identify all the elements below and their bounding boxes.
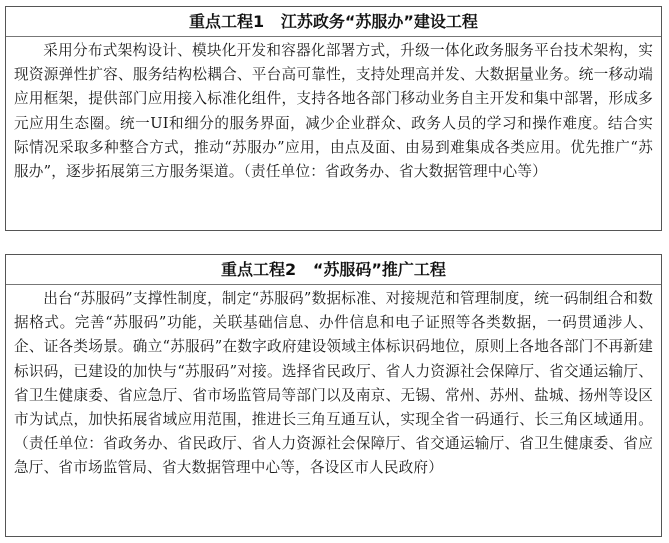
key-project-2-box: 重点工程2 “苏服码”推广工程 出台“苏服码”支撑性制度，制定“苏服码”数据标准… <box>5 254 662 537</box>
key-project-2-title: 重点工程2 “苏服码”推广工程 <box>6 255 661 285</box>
key-project-1-body: 采用分布式架构设计、模块化开发和容器化部署方式，升级一体化政务服务平台技术架构，… <box>6 37 661 184</box>
key-project-2-body: 出台“苏服码”支撑性制度，制定“苏服码”数据标准、对接规范和管理制度，统一码制组… <box>6 285 661 481</box>
key-project-1-title: 重点工程1 江苏政务“苏服办”建设工程 <box>6 7 661 37</box>
key-project-1-box: 重点工程1 江苏政务“苏服办”建设工程 采用分布式架构设计、模块化开发和容器化部… <box>5 6 662 231</box>
